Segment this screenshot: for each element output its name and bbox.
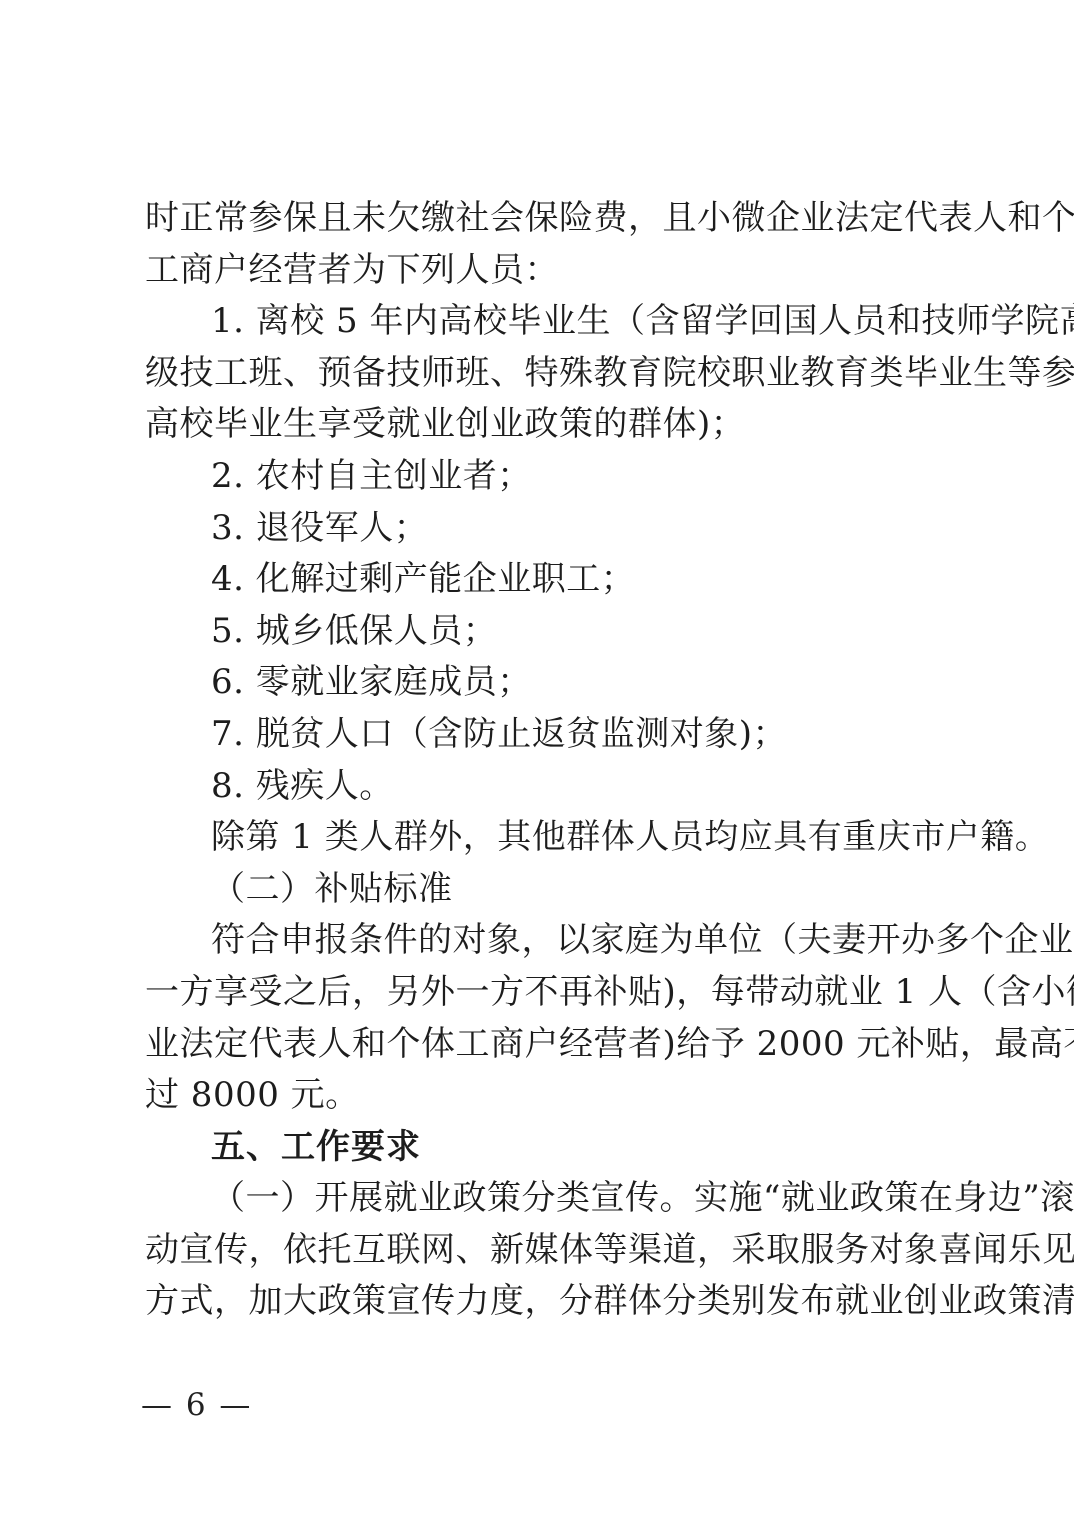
list-item-8: 8. 残疾人。 bbox=[145, 761, 960, 813]
doc-line: （一）开展就业政策分类宣传。实施“就业政策在身边”滚 bbox=[145, 1173, 960, 1225]
list-item-6: 6. 零就业家庭成员； bbox=[145, 657, 960, 709]
doc-line: 一方享受之后，另外一方不再补贴)，每带动就业 1 人（含小微企 bbox=[145, 967, 960, 1019]
list-item-2: 2. 农村自主创业者； bbox=[145, 451, 960, 503]
doc-line: 除第 1 类人群外，其他群体人员均应具有重庆市户籍。 bbox=[145, 812, 960, 864]
doc-line: 过 8000 元。 bbox=[145, 1070, 960, 1122]
page-number: — 6 — bbox=[141, 1387, 252, 1423]
list-item-7: 7. 脱贫人口（含防止返贫监测对象)； bbox=[145, 709, 960, 761]
doc-line: 级技工班、预备技师班、特殊教育院校职业教育类毕业生等参照 bbox=[145, 348, 960, 400]
list-item-5: 5. 城乡低保人员； bbox=[145, 606, 960, 658]
list-item-3: 3. 退役军人； bbox=[145, 503, 960, 555]
doc-line: 时正常参保且未欠缴社会保险费，且小微企业法定代表人和个体 bbox=[145, 193, 960, 245]
doc-line: 方式，加大政策宣传力度，分群体分类别发布就业创业政策清单、 bbox=[145, 1276, 960, 1328]
doc-line: 工商户经营者为下列人员： bbox=[145, 245, 960, 297]
doc-line: 动宣传，依托互联网、新媒体等渠道，采取服务对象喜闻乐见的 bbox=[145, 1225, 960, 1277]
document-body: 时正常参保且未欠缴社会保险费，且小微企业法定代表人和个体 工商户经营者为下列人员… bbox=[145, 193, 960, 1328]
document-page: 时正常参保且未欠缴社会保险费，且小微企业法定代表人和个体 工商户经营者为下列人员… bbox=[0, 0, 1074, 1520]
subheading-subsidy-standard: （二）补贴标准 bbox=[145, 864, 960, 916]
list-item-1: 1. 离校 5 年内高校毕业生（含留学回国人员和技师学院高 bbox=[145, 296, 960, 348]
list-item-4: 4. 化解过剩产能企业职工； bbox=[145, 554, 960, 606]
doc-line: 业法定代表人和个体工商户经营者)给予 2000 元补贴，最高不超 bbox=[145, 1019, 960, 1071]
doc-line: 高校毕业生享受就业创业政策的群体)； bbox=[145, 399, 960, 451]
section-heading-work-requirements: 五、工作要求 bbox=[145, 1122, 960, 1174]
doc-line: 符合申报条件的对象，以家庭为单位（夫妻开办多个企业的， bbox=[145, 915, 960, 967]
